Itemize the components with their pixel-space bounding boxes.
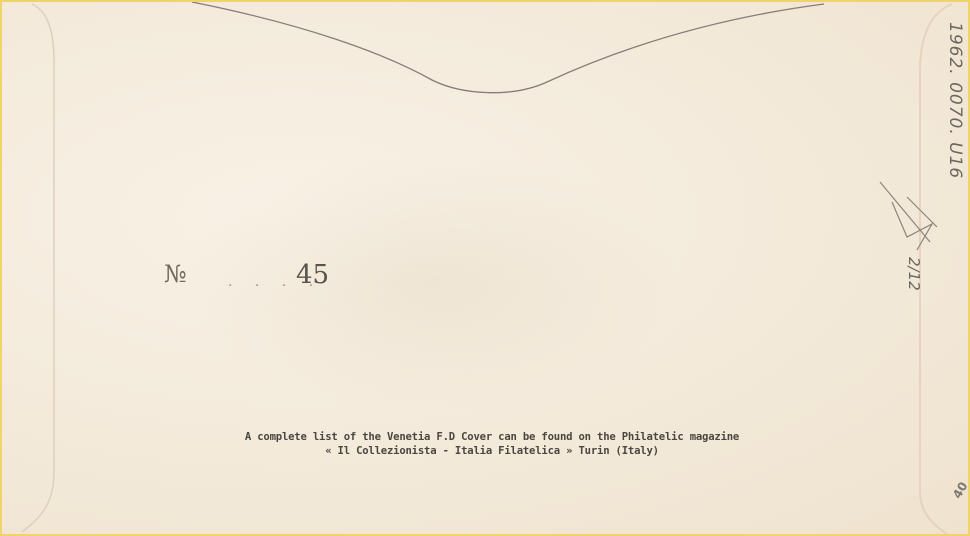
cover-number: 45 (296, 260, 329, 290)
handwritten-code: 1962. 0070. U16 (945, 22, 965, 179)
footer-line-1: A complete list of the Venetia F.D Cover… (152, 430, 832, 444)
flap-edge (192, 2, 824, 93)
envelope-back: № . . . . 45 A complete list of the Vene… (0, 0, 970, 536)
left-seam (22, 4, 54, 532)
handwritten-date: 2/12 (905, 257, 923, 291)
signature-mark (880, 182, 937, 250)
footer-note: A complete list of the Venetia F.D Cover… (152, 430, 832, 458)
numero-symbol: № (164, 260, 186, 288)
footer-line-2: « Il Collezionista - Italia Filatelica »… (152, 444, 832, 458)
